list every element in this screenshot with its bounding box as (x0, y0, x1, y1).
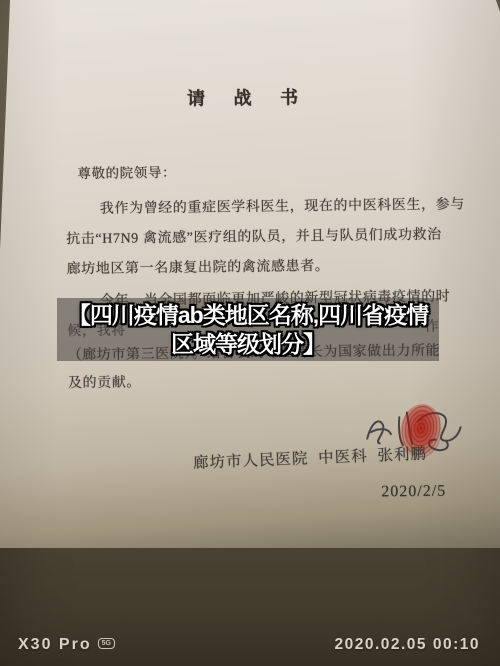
paragraph1-line2: 抗击“H7N9 禽流感”医疗组的队员，并且与队员们成功救治 (66, 224, 442, 249)
photo-screenshot: 请 战 书 尊敬的院领导： 我作为曾经的重症医学科医生，现在的中医科医生，参与 … (0, 0, 500, 666)
signature-line: 廊坊市人民医院 中医科 张利鹏 (193, 442, 428, 473)
paragraph2-line4: 及的贡献。 (68, 371, 141, 392)
caption-line2: 区域等级划分】 (171, 330, 325, 359)
timestamp-watermark: 2020.02.05 00:10 (334, 636, 480, 654)
paragraph1-line1: 我作为曾经的重症医学科医生，现在的中医科医生，参与 (100, 193, 465, 217)
5g-badge: 5G (98, 638, 115, 649)
letter-paper: 请 战 书 尊敬的院领导： 我作为曾经的重症医学科医生，现在的中医科医生，参与 … (0, 0, 500, 548)
letter-title: 请 战 书 (0, 81, 499, 113)
caption-line1: 【四川疫情ab类地区名称,四川省疫情 (68, 301, 428, 330)
letter-content: 请 战 书 尊敬的院领导： 我作为曾经的重症医学科医生，现在的中医科医生，参与 … (0, 0, 500, 551)
letter-greeting: 尊敬的院领导： (77, 161, 176, 182)
caption-overlay: 【四川疫情ab类地区名称,四川省疫情 区域等级划分】 (57, 298, 439, 361)
paragraph1-line3: 廊坊地区第一名康复出院的禽流感患者。 (66, 255, 329, 278)
camera-watermark: X30 Pro5G 2020.02.05 00:10 (0, 626, 500, 666)
device-name-text: X30 Pro (18, 636, 92, 653)
letter-date: 2020/2/5 (381, 483, 446, 502)
device-name-watermark: X30 Pro5G (18, 636, 115, 654)
